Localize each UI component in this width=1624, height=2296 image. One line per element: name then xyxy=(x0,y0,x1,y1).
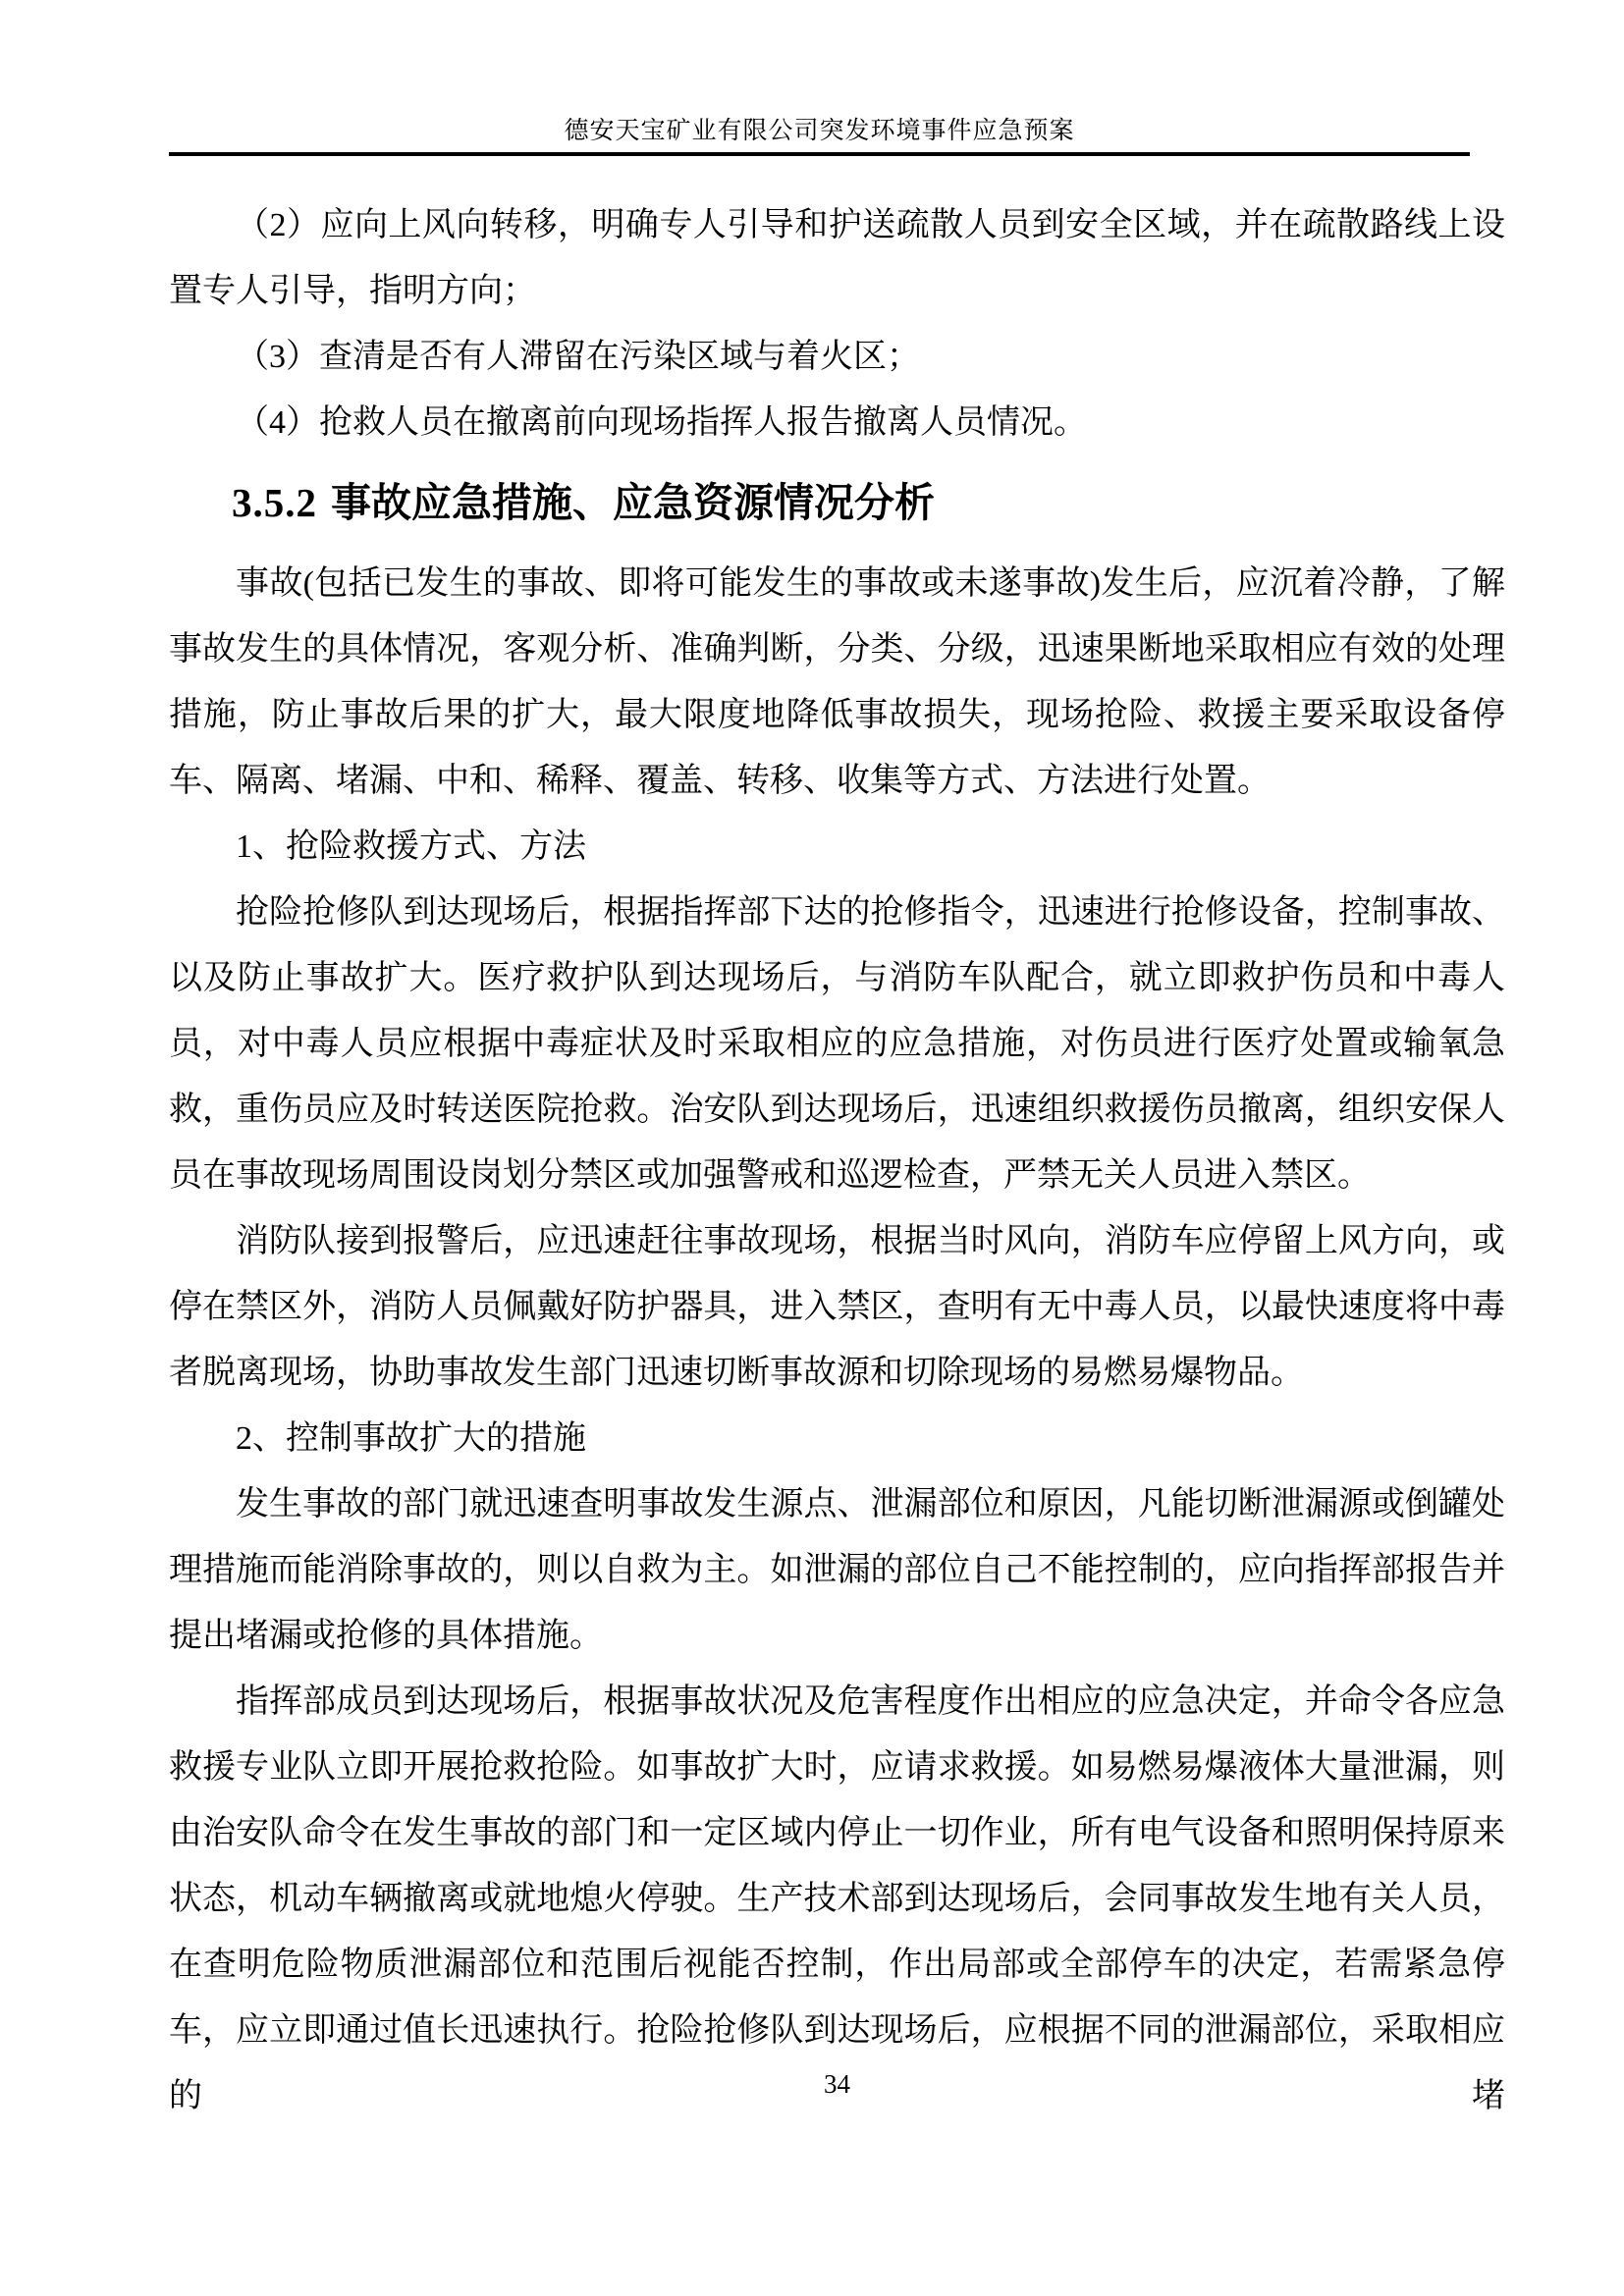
paragraph-command-post: 指挥部成员到达现场后，根据事故状况及危害程度作出相应的应急决定，并命令各应急救援… xyxy=(169,1669,1505,2129)
paragraph-leak-control: 发生事故的部门就迅速查明事故发生源点、泄漏部位和原因，凡能切断泄漏源或倒罐处理措… xyxy=(169,1471,1505,1669)
page-number: 34 xyxy=(824,2069,850,2099)
paragraph-fire-brigade: 消防队接到报警后，应迅速赶往事故现场，根据当时风向，消防车应停留上风方向，或停在… xyxy=(169,1208,1505,1406)
list-item-4: （4）抢救人员在撤离前向现场指挥人报告撤离人员情况。 xyxy=(169,390,1505,455)
paragraph-rescue-teams: 抢险抢修队到达现场后，根据指挥部下达的抢修指令，迅速进行抢修设备，控制事故、以及… xyxy=(169,880,1505,1208)
page-header: 德安天宝矿业有限公司突发环境事件应急预案 xyxy=(169,0,1470,164)
header-rule xyxy=(169,152,1470,156)
header-title: 德安天宝矿业有限公司突发环境事件应急预案 xyxy=(169,116,1470,147)
numbered-item-2: 2、控制事故扩大的措施 xyxy=(169,1406,1505,1471)
section-heading: 3.5.2事故应急措施、应急资源情况分析 xyxy=(169,483,1505,523)
document-body: （2）应向上风向转移，明确专人引导和护送疏散人员到安全区域，并在疏散路线上设置专… xyxy=(169,192,1505,2129)
section-heading-number: 3.5.2 xyxy=(232,480,317,525)
page-footer: 34 xyxy=(169,2064,1505,2104)
numbered-item-1: 1、抢险救援方式、方法 xyxy=(169,814,1505,880)
document-page: 德安天宝矿业有限公司突发环境事件应急预案 （2）应向上风向转移，明确专人引导和护… xyxy=(0,0,1624,2296)
list-item-3: （3）查清是否有人滞留在污染区域与着火区； xyxy=(169,324,1505,390)
paragraph-incident-overview: 事故(包括已发生的事故、即将可能发生的事故或未遂事故)发生后，应沉着冷静，了解事… xyxy=(169,551,1505,814)
list-item-2: （2）应向上风向转移，明确专人引导和护送疏散人员到安全区域，并在疏散路线上设置专… xyxy=(169,192,1505,324)
section-heading-text: 事故应急措施、应急资源情况分析 xyxy=(331,480,935,525)
